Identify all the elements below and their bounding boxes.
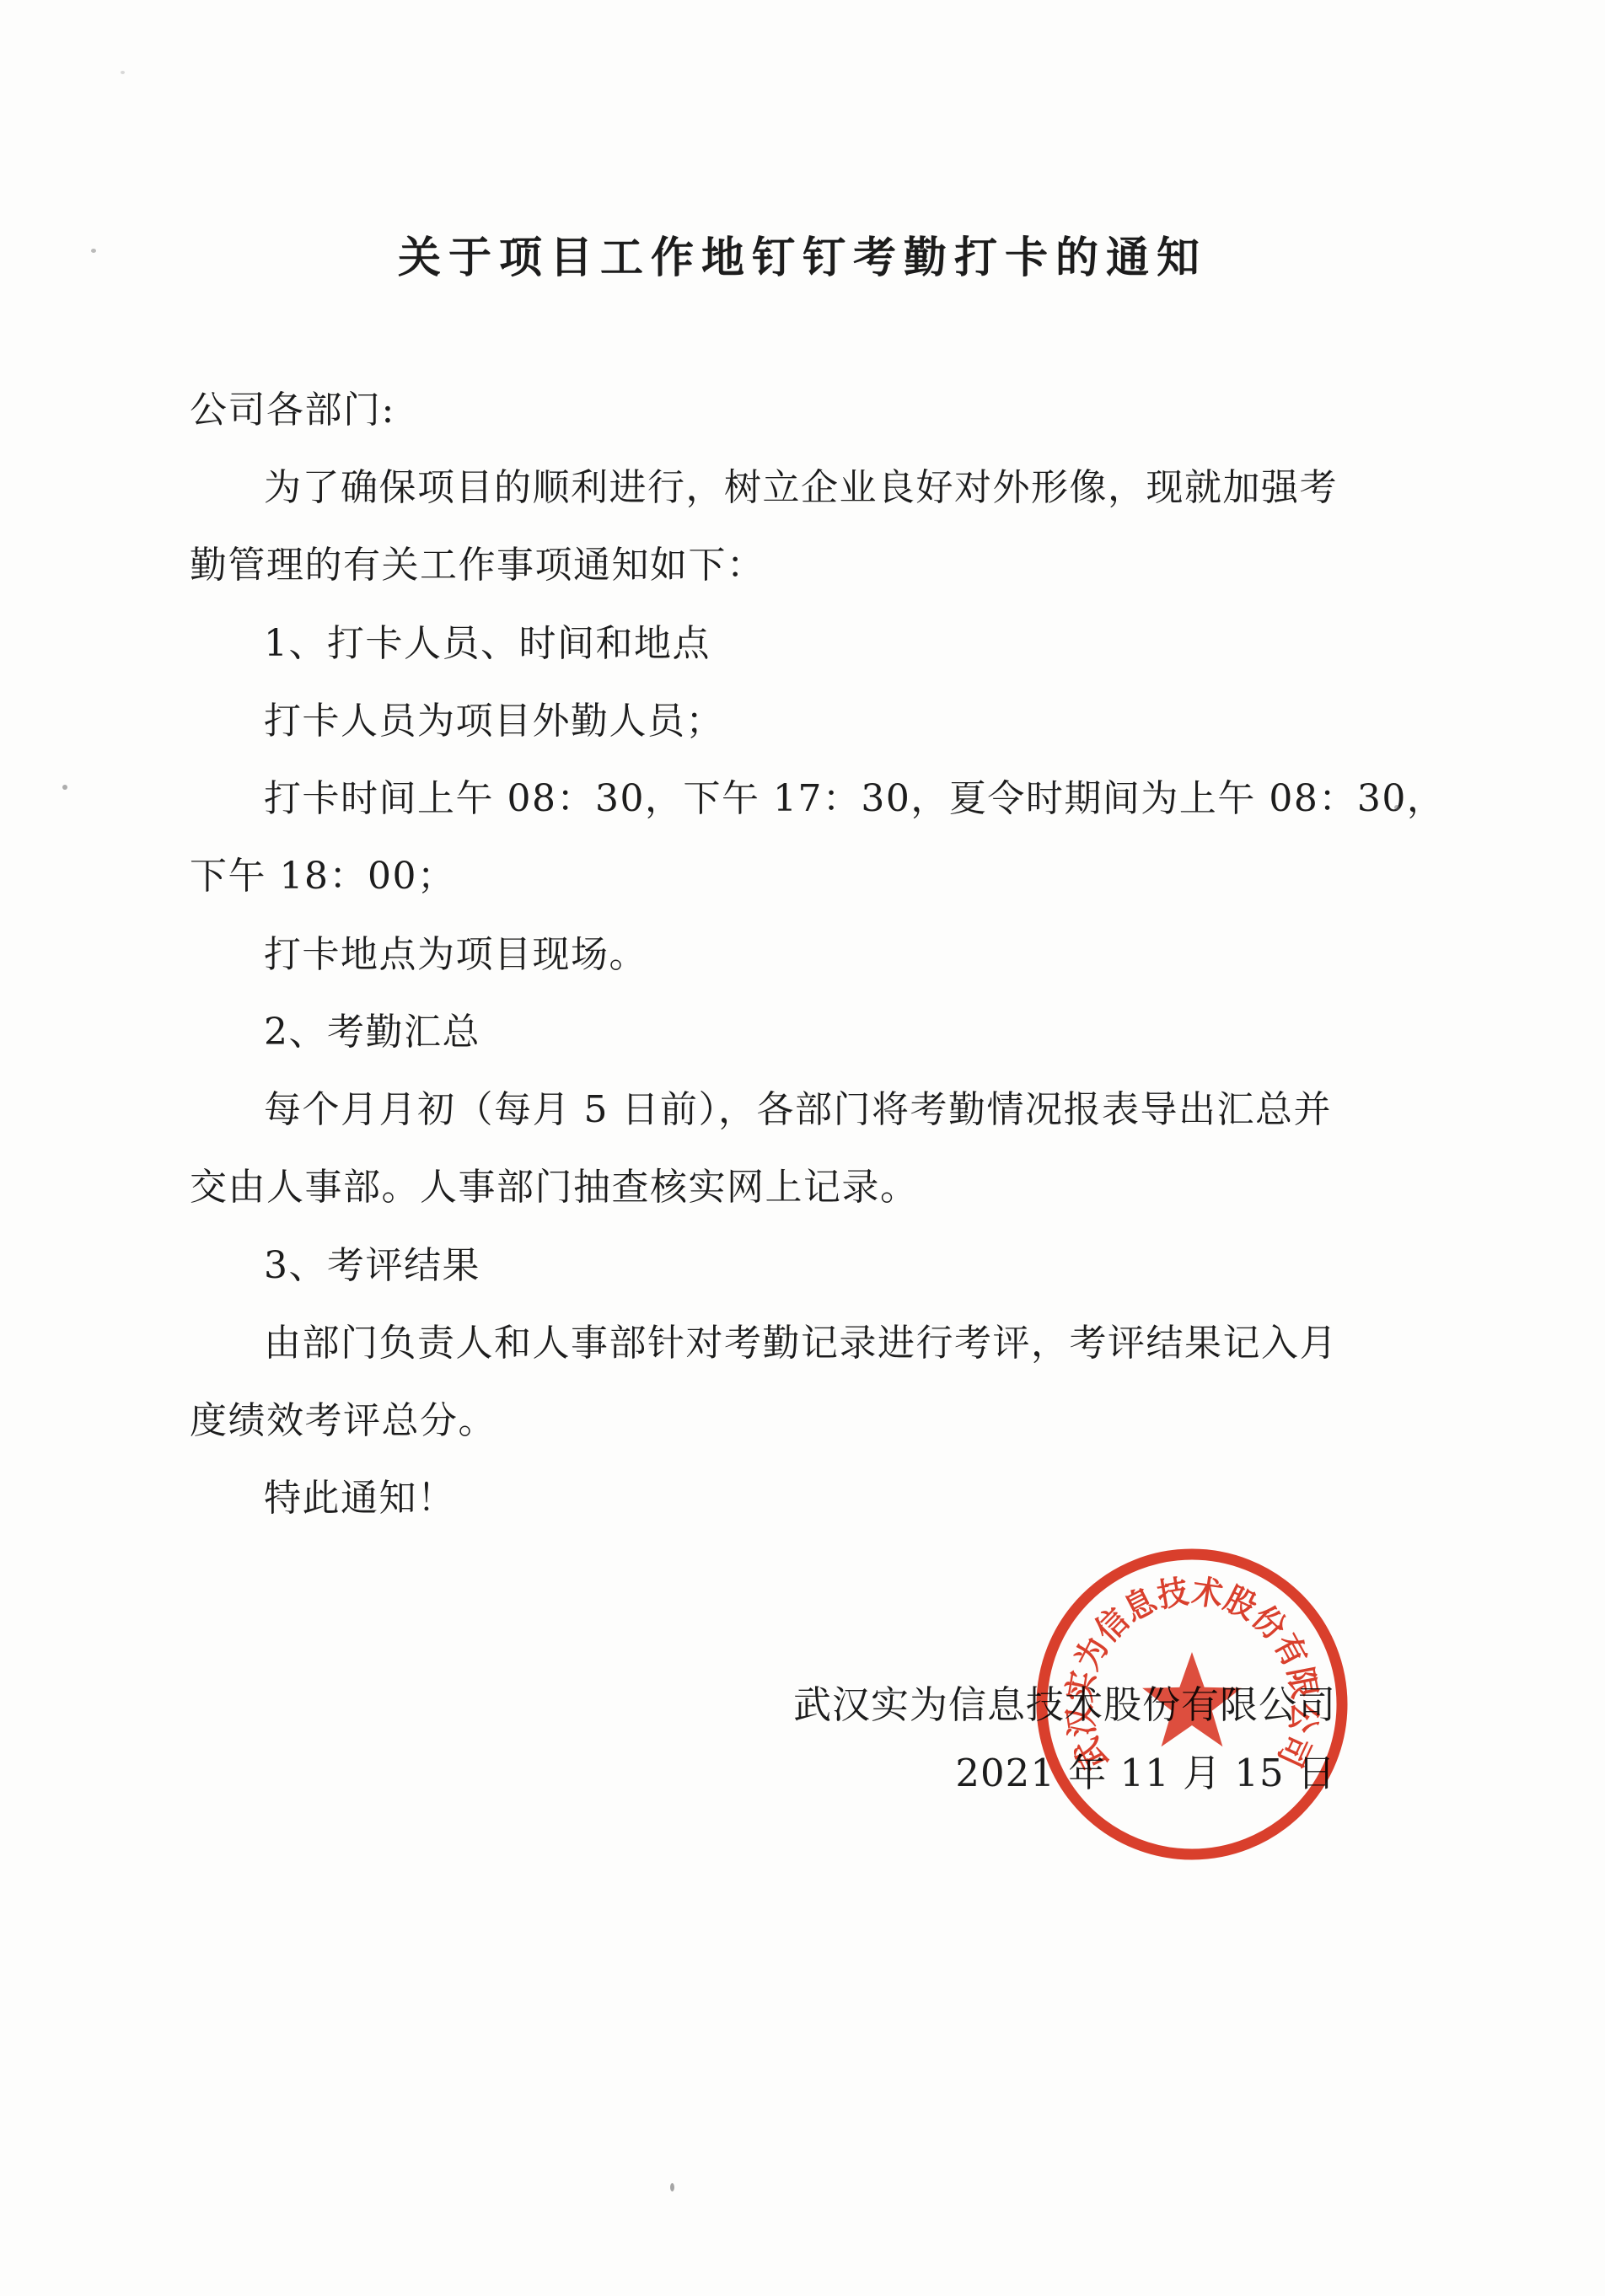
svg-text:武汉实为信息技术股份有限公司: 武汉实为信息技术股份有限公司 — [1060, 1572, 1324, 1776]
doc-line: 下午 18：00； — [190, 856, 455, 899]
doc-line-section-1: 1、打卡人员、时间和地点 — [264, 623, 711, 666]
doc-line-section-3: 3、考评结果 — [264, 1245, 480, 1288]
seal-arc-text: 武汉实为信息技术股份有限公司 — [1060, 1572, 1324, 1776]
doc-line: 度绩效考评总分。 — [190, 1400, 497, 1443]
doc-line-salutation: 公司各部门: — [190, 389, 395, 432]
scan-speck — [62, 785, 67, 790]
doc-line: 打卡人员为项目外勤人员； — [264, 700, 724, 743]
doc-line: 勤管理的有关工作事项通知如下： — [190, 544, 765, 587]
scan-speck — [670, 2183, 674, 2191]
doc-line: 为了确保项目的顺利进行，树立企业良好对外形像，现就加强考 — [264, 467, 1338, 510]
doc-line: 每个月月初（每月 5 日前），各部门将考勤情况报表导出汇总并 — [264, 1089, 1332, 1132]
doc-line-closing: 特此通知！ — [264, 1478, 456, 1521]
signature-company: 武汉实为信息技术股份有限公司 — [793, 1683, 1336, 1727]
document-title: 关于项目工作地钉钉考勤打卡的通知 — [0, 237, 1605, 280]
doc-line: 由部门负责人和人事部针对考勤记录进行考评，考评结果记入月 — [264, 1322, 1338, 1365]
signature-date: 2021 年 11 月 15 日 — [955, 1752, 1336, 1795]
scanned-notice-page: 关于项目工作地钉钉考勤打卡的通知 公司各部门: 为了确保项目的顺利进行，树立企业… — [0, 0, 1605, 2296]
doc-line: 打卡地点为项目现场。 — [264, 934, 647, 977]
scan-speck — [121, 71, 125, 74]
doc-line: 打卡时间上午 08：30，下午 17：30，夏令时期间为上午 08：30， — [264, 778, 1445, 821]
doc-line-section-2: 2、考勤汇总 — [264, 1011, 480, 1054]
scan-speck — [91, 249, 96, 253]
scan-speck — [1394, 805, 1399, 810]
doc-line: 交由人事部。人事部门抽查核实网上记录。 — [190, 1167, 919, 1210]
